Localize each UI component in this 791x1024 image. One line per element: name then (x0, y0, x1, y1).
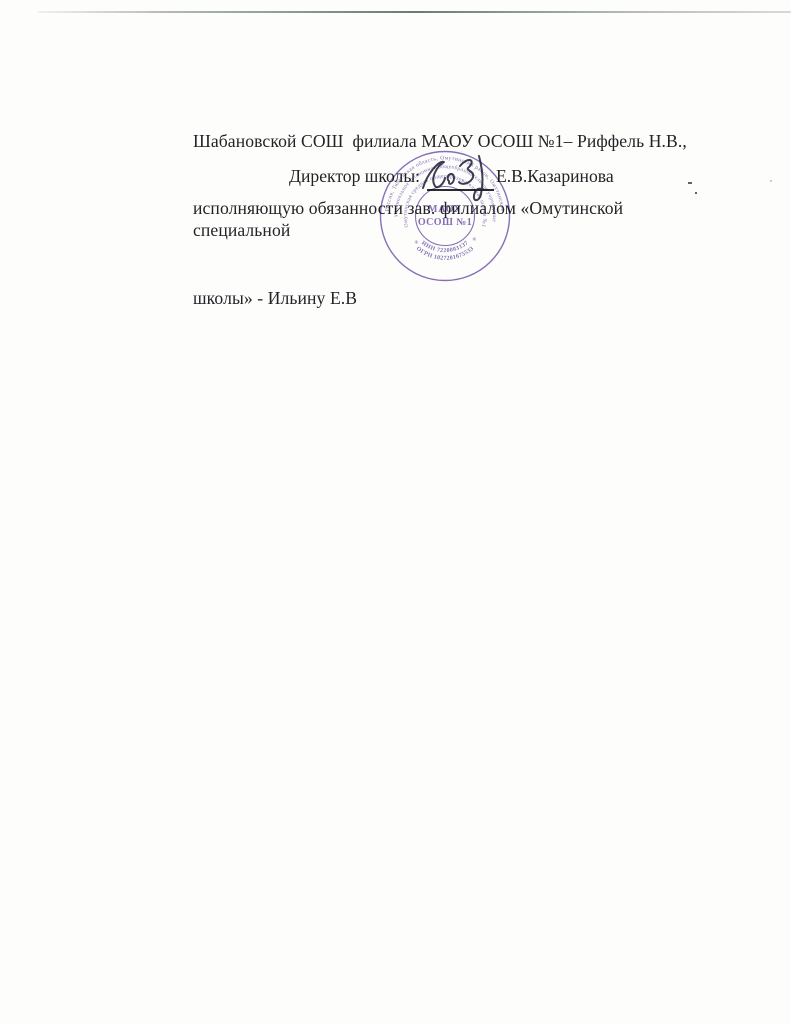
stamp-star-left: ✳ (414, 239, 419, 246)
director-name: Е.В.Казаринова (496, 166, 614, 187)
signature-stroke (459, 160, 473, 184)
stamp-star-right: ✳ (472, 236, 477, 243)
dust-speck (770, 180, 772, 182)
signature-stroke (474, 156, 485, 200)
signature-stroke (423, 162, 445, 188)
paragraph-line: школы» - Ильину Е.В (193, 287, 713, 309)
dust-speck (695, 192, 697, 194)
handwritten-signature (413, 150, 509, 212)
signature-stroke (448, 174, 454, 184)
dust-speck (688, 182, 692, 184)
scanned-page: Шабановской СОШ филиала МАОУ ОСОШ №1– Ри… (0, 0, 791, 1024)
scan-edge-artifact (38, 11, 791, 13)
stamp-center-line2: ОСОШ №1 (418, 217, 472, 228)
